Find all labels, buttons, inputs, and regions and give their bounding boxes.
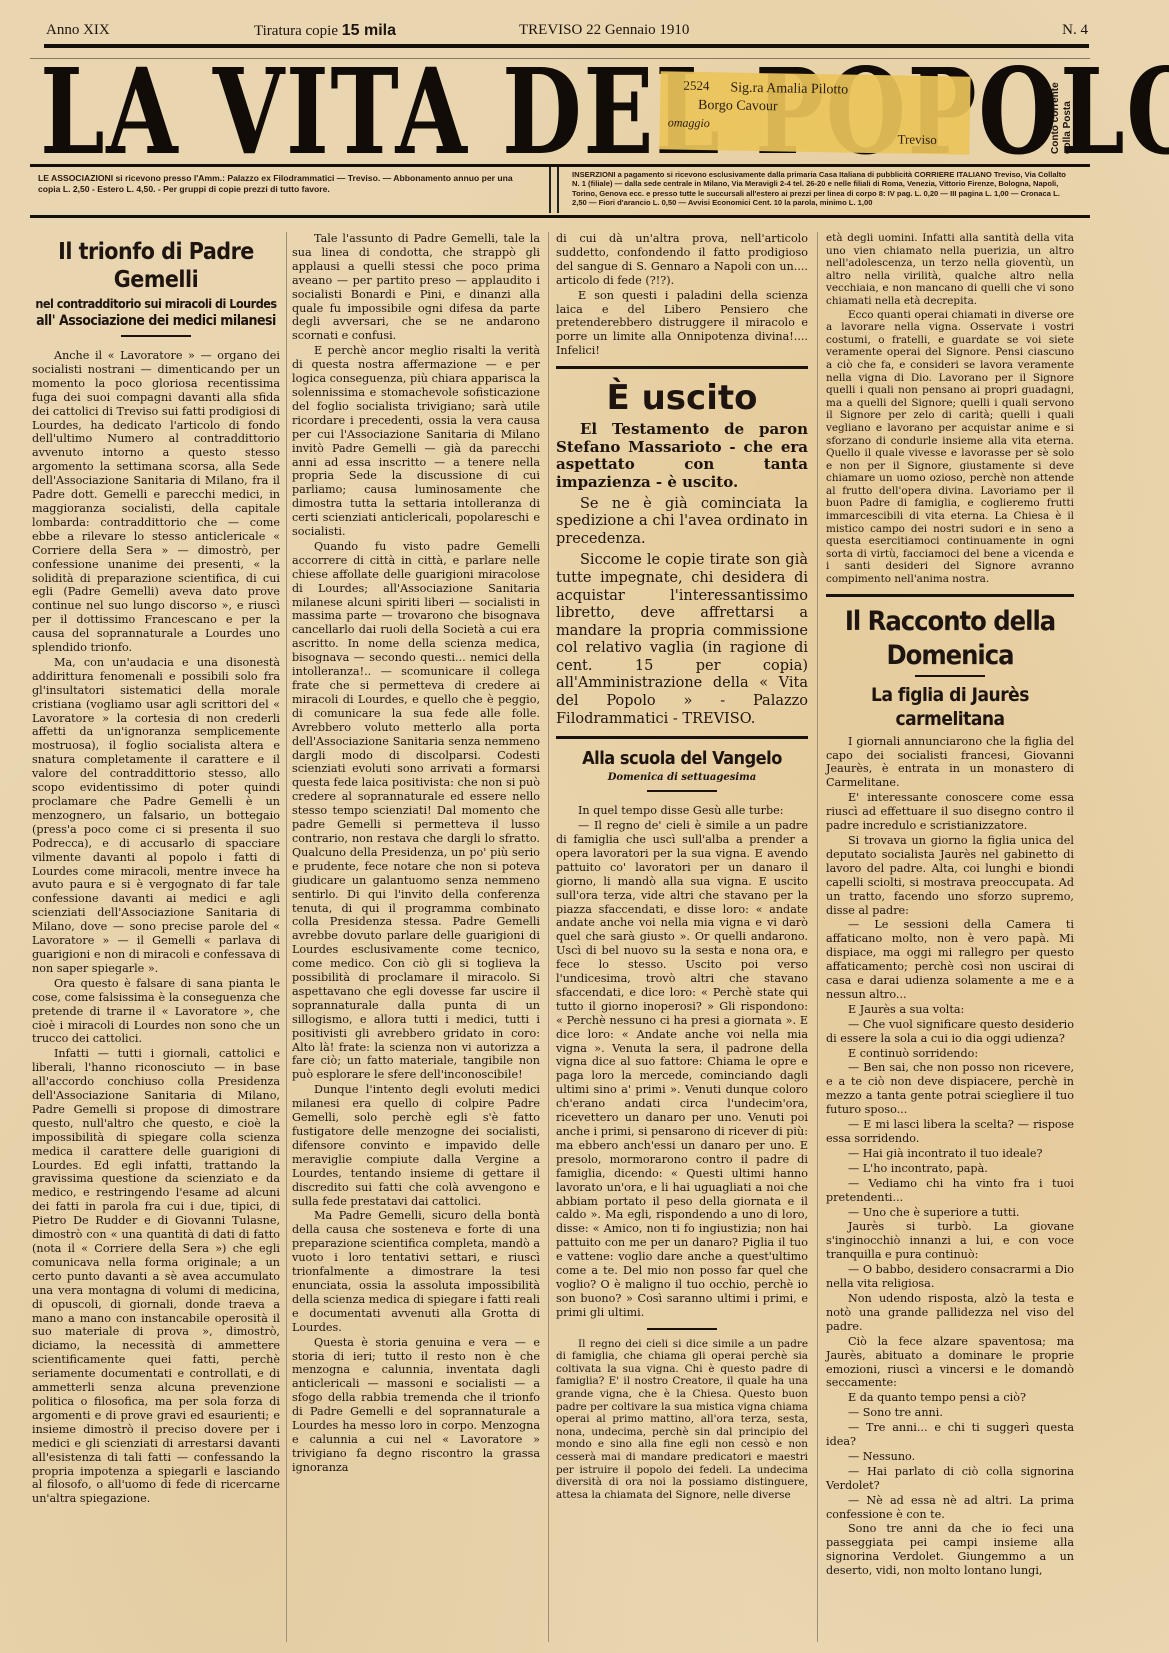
article-paragraph: Ma Padre Gemelli, sicuro della bontà del… (292, 1209, 540, 1334)
circulation: Tiratura copie 15 mila (254, 22, 396, 40)
story-paragraph: E continuò sorridendo: (826, 1047, 1074, 1061)
story-paragraph: — Vediamo chi ha vinto fra i tuoi preten… (826, 1177, 1074, 1205)
story-paragraph: — O babbo, desidero consacrarmi a Dio ne… (826, 1263, 1074, 1291)
gospel-paragraph: In quel tempo disse Gesù alle turbe: (556, 804, 808, 818)
story-paragraph: E da quanto tempo pensi a ciò? (826, 1391, 1074, 1405)
headline-rule (121, 335, 191, 337)
story-paragraph: Jaurès si turbò. La giovane s'inginocchi… (826, 1220, 1074, 1262)
story-paragraph: — Hai già incontrato il tuo ideale? (826, 1147, 1074, 1161)
story-paragraph: Ciò la fece alzare spaventosa; ma Jaurès… (826, 1335, 1074, 1391)
headline-rule (915, 675, 985, 677)
address-label: 2524 Sig.ra Amalia Pilotto Borgo Cavour … (659, 71, 970, 154)
story-paragraph: Non udendo risposta, alzò la testa e not… (826, 1292, 1074, 1334)
issue-year: Anno XIX (46, 22, 110, 39)
story-paragraph: — Nè ad essa nè ad altri. La prima confe… (826, 1494, 1074, 1522)
article-subheadline: all' Associazione dei medici milanesi (32, 312, 280, 330)
column-1: Il trionfo di Padre Gemelli nel contradd… (32, 232, 280, 1507)
gospel-commentary: Ecco quanti operai chiamati in diverse o… (826, 309, 1074, 586)
story-paragraph: — Che vuol significare questo desiderio … (826, 1018, 1074, 1046)
article-paragraph: Ora questo è falsare di sana pianta le c… (32, 977, 280, 1047)
story-section-headline: Il Racconto della Domenica (826, 605, 1074, 673)
issue-date: TREVISO 22 Gennaio 1910 (519, 22, 689, 39)
story-paragraph: — E mi lasci libera la scelta? — rispose… (826, 1118, 1074, 1146)
story-paragraph: — Hai parlato di ciò colla signorina Ver… (826, 1465, 1074, 1493)
section-rule (826, 594, 1074, 597)
article-paragraph: Anche il « Lavoratore » — organo dei soc… (32, 349, 280, 655)
info-bottom-rule (30, 215, 1090, 218)
article-paragraph: Ma, con un'audacia e una disonestà addir… (32, 656, 280, 976)
newspaper-page: Anno XIX Tiratura copie 15 mila TREVISO … (0, 0, 1169, 1653)
article-paragraph: Questa è storia genuina e vera — e stori… (292, 1336, 540, 1475)
story-paragraph: — L'ho incontrato, papà. (826, 1162, 1074, 1176)
subscriber-city: Treviso (897, 131, 937, 148)
article-paragraph: Dunque l'intento degli evoluti medici mi… (292, 1083, 540, 1208)
story-body: I giornali annunciarono che la figlia de… (826, 735, 1074, 1578)
story-paragraph: — Le sessioni della Camera ti affaticano… (826, 918, 1074, 1001)
subscriber-number: 2524 (683, 78, 709, 94)
announcement-paragraph: Se ne è già cominciata la spedizione a c… (556, 496, 808, 549)
article-headline: Il trionfo di Padre Gemelli (32, 238, 280, 294)
story-paragraph: — Tre anni... e chi ti suggerì questa id… (826, 1421, 1074, 1449)
issue-number: N. 4 (1062, 22, 1088, 39)
section-rule (556, 736, 808, 739)
story-paragraph: E Jaurès a sua volta: (826, 1003, 1074, 1017)
story-paragraph: E' interessante conoscere come essa rius… (826, 791, 1074, 833)
gospel-headline: Alla scuola del Vangelo (556, 747, 808, 771)
announcement-paragraph: El Testamento de paron Stefano Massariot… (556, 421, 808, 491)
story-paragraph: — Nessuno. (826, 1450, 1074, 1464)
article-paragraph: Quando fu visto padre Gemelli accorrere … (292, 540, 540, 1082)
article-paragraph: E perchè ancor meglio risalti la verità … (292, 344, 540, 539)
story-paragraph: — Sono tre anni. (826, 1406, 1074, 1420)
article-paragraph: Infatti — tutti i giornali, cattolici e … (32, 1047, 280, 1506)
subscriptions-info: LE ASSOCIAZIONI si ricevono presso l'Amm… (32, 168, 540, 214)
gospel-commentary: età degli uomini. Infatti alla santità d… (826, 232, 1074, 308)
label-note: omaggio (668, 115, 710, 131)
announcement-body: El Testamento de paron Stefano Massariot… (556, 421, 808, 728)
column-3: di cui dà un'altra prova, nell'articolo … (556, 232, 808, 1502)
advertising-info: INSERZIONI a pagamento si ricevono esclu… (564, 168, 1072, 214)
issue-info-bar: Anno XIX Tiratura copie 15 mila TREVISO … (46, 18, 1088, 44)
column-2: Tale l'assunto di Padre Gemelli, tale la… (292, 232, 540, 1476)
announcement-headline: È uscito (556, 377, 808, 419)
article-paragraph: Tale l'assunto di Padre Gemelli, tale la… (292, 232, 540, 343)
column-divider (548, 232, 549, 1642)
gospel-commentary: Il regno dei cieli si dice simile a un p… (556, 1338, 808, 1502)
info-divider (549, 167, 559, 213)
story-paragraph: Si trovava un giorno la figlia unica del… (826, 834, 1074, 917)
article-subheadline: nel contradditorio sui miracoli di Lourd… (32, 296, 280, 312)
section-rule (556, 366, 808, 369)
column-divider (817, 232, 818, 1642)
masthead-bottom-rule (30, 164, 1090, 167)
story-paragraph: — Uno che è superiore a tutti. (826, 1206, 1074, 1220)
gospel-paragraph: — Il regno de' cieli è simile a un padre… (556, 819, 808, 1320)
postal-note: Conto corrente colla Posta (1050, 74, 1090, 154)
subscriber-street: Borgo Cavour (698, 98, 778, 115)
article-paragraph: E son questi i paladini della scienza la… (556, 289, 808, 359)
story-headline: La figlia di Jaurès carmelitana (826, 683, 1074, 731)
headline-rule (647, 790, 717, 792)
subscriber-name: Sig.ra Amalia Pilotto (730, 81, 848, 99)
gospel-divider (647, 1328, 717, 1330)
column-4: età degli uomini. Infatti alla santità d… (826, 232, 1074, 1579)
story-paragraph: Sono tre anni da che io feci una passegg… (826, 1522, 1074, 1578)
announcement-paragraph: Siccome le copie tirate son già tutte im… (556, 552, 808, 728)
gospel-subheadline: Domenica di settuagesima (556, 771, 808, 785)
story-paragraph: — Ben sai, che non posso non ricevere, e… (826, 1061, 1074, 1117)
story-paragraph: I giornali annunciarono che la figlia de… (826, 735, 1074, 791)
article-paragraph: di cui dà un'altra prova, nell'articolo … (556, 232, 808, 288)
column-divider (286, 232, 287, 1642)
